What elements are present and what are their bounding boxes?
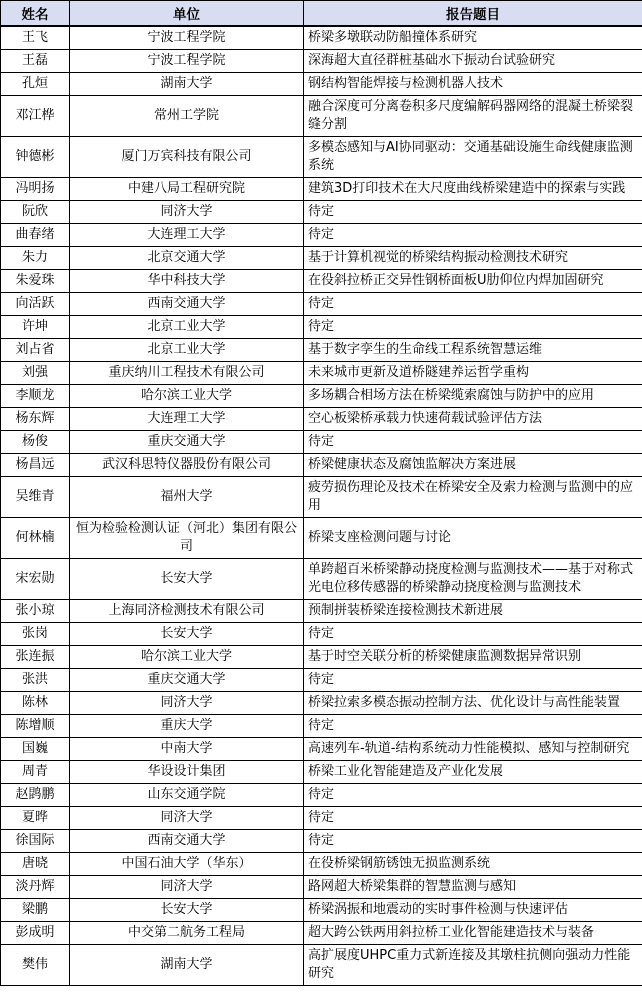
table-row: 张连振 哈尔滨工业大学 基于时空关联分析的桥梁健康监测数据异常识别 — [1, 646, 642, 669]
name-cell: 徐国际 — [1, 830, 70, 853]
title-cell: 深海超大直径群桩基础水下振动台试验研究 — [304, 50, 642, 73]
table-row: 宋宏勋 长安大学 单跨超百米桥梁静动挠度检测与监测技术——基于对称式光电位移传感… — [1, 559, 642, 600]
table-row: 张小琼 上海同济检测技术有限公司 预制拼装桥梁连接检测技术新进展 — [1, 600, 642, 623]
table-row: 刘强 重庆纳川工程技术有限公司 未来城市更新及道桥隧建养运哲学重构 — [1, 362, 642, 385]
unit-cell: 长安大学 — [70, 559, 304, 600]
title-cell: 在役斜拉桥正交异性钢桥面板U肋仰位内焊加固研究 — [304, 270, 642, 293]
header-row: 姓名 单位 报告题目 — [1, 1, 642, 27]
name-cell: 赵鹍鹏 — [1, 784, 70, 807]
title-cell: 桥梁支座检测问题与讨论 — [304, 518, 642, 559]
name-cell: 杨俊 — [1, 431, 70, 454]
title-cell: 未来城市更新及道桥隧建养运哲学重构 — [304, 362, 642, 385]
table-row: 彭成明 中交第二航务工程局 超大跨公铁两用斜拉桥工业化智能建造技术与装备 — [1, 922, 642, 945]
table-row: 杨昌远 武汉科思特仪器股份有限公司 桥梁健康状态及腐蚀监解决方案进展 — [1, 454, 642, 477]
unit-cell: 常州工学院 — [70, 96, 304, 137]
table-row: 邓江桦 常州工学院 融合深度可分离卷积多尺度编解码器网络的混凝土桥梁裂缝分割 — [1, 96, 642, 137]
table-row: 吴维青 福州大学 疲劳损伤理论及技术在桥梁安全及索力检测与监测中的应用 — [1, 477, 642, 518]
name-cell: 梁鹏 — [1, 899, 70, 922]
unit-cell: 宁波工程学院 — [70, 50, 304, 73]
name-cell: 刘强 — [1, 362, 70, 385]
title-cell: 桥梁工业化智能建造及产业化发展 — [304, 761, 642, 784]
unit-cell: 北京工业大学 — [70, 339, 304, 362]
name-cell: 张洪 — [1, 669, 70, 692]
name-cell: 朱爱珠 — [1, 270, 70, 293]
title-cell: 桥梁多墩联动防船撞体系研究 — [304, 26, 642, 50]
unit-cell: 长安大学 — [70, 623, 304, 646]
title-cell: 高扩展度UHPC重力式新连接及其墩柱抗侧向强动力性能研究 — [304, 945, 642, 986]
table-row: 陈林 同济大学 桥梁拉索多模态振动控制方法、优化设计与高性能装置 — [1, 692, 642, 715]
name-cell: 杨东辉 — [1, 408, 70, 431]
title-cell: 待定 — [304, 669, 642, 692]
name-cell: 邓江桦 — [1, 96, 70, 137]
table-row: 赵鹍鹏 山东交通学院 待定 — [1, 784, 642, 807]
name-cell: 孔烜 — [1, 73, 70, 96]
table-row: 朱爱珠 华中科技大学 在役斜拉桥正交异性钢桥面板U肋仰位内焊加固研究 — [1, 270, 642, 293]
name-cell: 许坤 — [1, 316, 70, 339]
unit-cell: 中南大学 — [70, 738, 304, 761]
table-row: 朱力 北京交通大学 基于计算机视觉的桥梁结构振动检测技术研究 — [1, 247, 642, 270]
table-row: 梁鹏 长安大学 桥梁涡振和地震动的实时事件检测与快速评估 — [1, 899, 642, 922]
name-cell: 陈林 — [1, 692, 70, 715]
name-cell: 张岗 — [1, 623, 70, 646]
name-cell: 向活跃 — [1, 293, 70, 316]
title-cell: 桥梁健康状态及腐蚀监解决方案进展 — [304, 454, 642, 477]
title-cell: 高速列车-轨道-结构系统动力性能模拟、感知与控制研究 — [304, 738, 642, 761]
title-cell: 待定 — [304, 830, 642, 853]
title-cell: 钢结构智能焊接与检测机器人技术 — [304, 73, 642, 96]
unit-cell: 中国石油大学（华东） — [70, 853, 304, 876]
unit-cell: 同济大学 — [70, 201, 304, 224]
name-cell: 淡丹辉 — [1, 876, 70, 899]
unit-cell: 上海同济检测技术有限公司 — [70, 600, 304, 623]
name-cell: 冯明扬 — [1, 178, 70, 201]
name-cell: 李顺龙 — [1, 385, 70, 408]
unit-cell: 湖南大学 — [70, 945, 304, 986]
name-cell: 何林楠 — [1, 518, 70, 559]
title-cell: 待定 — [304, 431, 642, 454]
name-cell: 周青 — [1, 761, 70, 784]
unit-cell: 同济大学 — [70, 692, 304, 715]
name-cell: 樊伟 — [1, 945, 70, 986]
name-cell: 阮欣 — [1, 201, 70, 224]
unit-cell: 西南交通大学 — [70, 293, 304, 316]
table-row: 王磊 宁波工程学院 深海超大直径群桩基础水下振动台试验研究 — [1, 50, 642, 73]
title-cell: 疲劳损伤理论及技术在桥梁安全及索力检测与监测中的应用 — [304, 477, 642, 518]
title-cell: 单跨超百米桥梁静动挠度检测与监测技术——基于对称式光电位移传感器的桥梁静动挠度检… — [304, 559, 642, 600]
title-cell: 桥梁涡振和地震动的实时事件检测与快速评估 — [304, 899, 642, 922]
title-cell: 多场耦合相场方法在桥梁缆索腐蚀与防护中的应用 — [304, 385, 642, 408]
name-cell: 张小琼 — [1, 600, 70, 623]
title-cell: 待定 — [304, 201, 642, 224]
table-row: 许坤 北京工业大学 待定 — [1, 316, 642, 339]
table-row: 周青 华设设计集团 桥梁工业化智能建造及产业化发展 — [1, 761, 642, 784]
name-cell: 陈增顺 — [1, 715, 70, 738]
name-cell: 王磊 — [1, 50, 70, 73]
table-row: 李顺龙 哈尔滨工业大学 多场耦合相场方法在桥梁缆索腐蚀与防护中的应用 — [1, 385, 642, 408]
table-row: 张岗 长安大学 待定 — [1, 623, 642, 646]
table-row: 向活跃 西南交通大学 待定 — [1, 293, 642, 316]
name-cell: 国巍 — [1, 738, 70, 761]
name-cell: 吴维青 — [1, 477, 70, 518]
table-row: 杨东辉 大连理工大学 空心板梁桥承载力快速荷载试验评估方法 — [1, 408, 642, 431]
name-cell: 朱力 — [1, 247, 70, 270]
title-cell: 基于时空关联分析的桥梁健康监测数据异常识别 — [304, 646, 642, 669]
table-row: 钟德彬 厦门万宾科技有限公司 多模态感知与AI协同驱动：交通基础设施生命线健康监… — [1, 137, 642, 178]
unit-cell: 大连理工大学 — [70, 408, 304, 431]
table-row: 唐晓 中国石油大学（华东） 在役桥梁钢筋锈蚀无损监测系统 — [1, 853, 642, 876]
unit-cell: 厦门万宾科技有限公司 — [70, 137, 304, 178]
title-cell: 待定 — [304, 293, 642, 316]
table-row: 徐国际 西南交通大学 待定 — [1, 830, 642, 853]
name-cell: 王飞 — [1, 26, 70, 50]
table-row: 陈增顺 重庆大学 待定 — [1, 715, 642, 738]
table-row: 杨俊 重庆交通大学 待定 — [1, 431, 642, 454]
unit-cell: 重庆纳川工程技术有限公司 — [70, 362, 304, 385]
unit-cell: 北京交通大学 — [70, 247, 304, 270]
name-cell: 夏晔 — [1, 807, 70, 830]
name-cell: 曲春绪 — [1, 224, 70, 247]
table-row: 何林楠 恒为检验检测认证（河北）集团有限公司 桥梁支座检测问题与讨论 — [1, 518, 642, 559]
title-cell: 路网超大桥梁集群的智慧监测与感知 — [304, 876, 642, 899]
page: 姓名 单位 报告题目 王飞 宁波工程学院 桥梁多墩联动防船撞体系研究 王磊 宁波… — [0, 0, 642, 997]
title-cell: 多模态感知与AI协同驱动：交通基础设施生命线健康监测系统 — [304, 137, 642, 178]
table-row: 曲春绪 大连理工大学 待定 — [1, 224, 642, 247]
unit-cell: 武汉科思特仪器股份有限公司 — [70, 454, 304, 477]
unit-cell: 重庆交通大学 — [70, 431, 304, 454]
table-row: 樊伟 湖南大学 高扩展度UHPC重力式新连接及其墩柱抗侧向强动力性能研究 — [1, 945, 642, 986]
speaker-roster-table: 姓名 单位 报告题目 王飞 宁波工程学院 桥梁多墩联动防船撞体系研究 王磊 宁波… — [0, 0, 642, 986]
title-cell: 待定 — [304, 784, 642, 807]
title-cell: 基于计算机视觉的桥梁结构振动检测技术研究 — [304, 247, 642, 270]
title-cell: 超大跨公铁两用斜拉桥工业化智能建造技术与装备 — [304, 922, 642, 945]
column-header-unit: 单位 — [70, 1, 304, 27]
name-cell: 彭成明 — [1, 922, 70, 945]
unit-cell: 重庆交通大学 — [70, 669, 304, 692]
unit-cell: 大连理工大学 — [70, 224, 304, 247]
column-header-name: 姓名 — [1, 1, 70, 27]
title-cell: 待定 — [304, 623, 642, 646]
table-row: 刘占省 北京工业大学 基于数字孪生的生命线工程系统智慧运维 — [1, 339, 642, 362]
table-row: 张洪 重庆交通大学 待定 — [1, 669, 642, 692]
unit-cell: 湖南大学 — [70, 73, 304, 96]
unit-cell: 哈尔滨工业大学 — [70, 646, 304, 669]
unit-cell: 北京工业大学 — [70, 316, 304, 339]
name-cell: 钟德彬 — [1, 137, 70, 178]
table-row: 夏晔 同济大学 待定 — [1, 807, 642, 830]
unit-cell: 中建八局工程研究院 — [70, 178, 304, 201]
unit-cell: 重庆大学 — [70, 715, 304, 738]
name-cell: 唐晓 — [1, 853, 70, 876]
unit-cell: 华设设计集团 — [70, 761, 304, 784]
title-cell: 空心板梁桥承载力快速荷载试验评估方法 — [304, 408, 642, 431]
unit-cell: 同济大学 — [70, 876, 304, 899]
table-row: 冯明扬 中建八局工程研究院 建筑3D打印技术在大尺度曲线桥梁建造中的探索与实践 — [1, 178, 642, 201]
unit-cell: 恒为检验检测认证（河北）集团有限公司 — [70, 518, 304, 559]
title-cell: 建筑3D打印技术在大尺度曲线桥梁建造中的探索与实践 — [304, 178, 642, 201]
table-row: 国巍 中南大学 高速列车-轨道-结构系统动力性能模拟、感知与控制研究 — [1, 738, 642, 761]
name-cell: 宋宏勋 — [1, 559, 70, 600]
unit-cell: 同济大学 — [70, 807, 304, 830]
title-cell: 待定 — [304, 224, 642, 247]
table-row: 阮欣 同济大学 待定 — [1, 201, 642, 224]
unit-cell: 中交第二航务工程局 — [70, 922, 304, 945]
title-cell: 桥梁拉索多模态振动控制方法、优化设计与高性能装置 — [304, 692, 642, 715]
unit-cell: 福州大学 — [70, 477, 304, 518]
title-cell: 融合深度可分离卷积多尺度编解码器网络的混凝土桥梁裂缝分割 — [304, 96, 642, 137]
title-cell: 待定 — [304, 807, 642, 830]
title-cell: 待定 — [304, 715, 642, 738]
unit-cell: 哈尔滨工业大学 — [70, 385, 304, 408]
name-cell: 杨昌远 — [1, 454, 70, 477]
unit-cell: 华中科技大学 — [70, 270, 304, 293]
table-row: 王飞 宁波工程学院 桥梁多墩联动防船撞体系研究 — [1, 26, 642, 50]
unit-cell: 西南交通大学 — [70, 830, 304, 853]
table-row: 孔烜 湖南大学 钢结构智能焊接与检测机器人技术 — [1, 73, 642, 96]
name-cell: 刘占省 — [1, 339, 70, 362]
table-body: 王飞 宁波工程学院 桥梁多墩联动防船撞体系研究 王磊 宁波工程学院 深海超大直径… — [1, 26, 642, 986]
column-header-title: 报告题目 — [304, 1, 642, 27]
unit-cell: 长安大学 — [70, 899, 304, 922]
title-cell: 预制拼装桥梁连接检测技术新进展 — [304, 600, 642, 623]
table-row: 淡丹辉 同济大学 路网超大桥梁集群的智慧监测与感知 — [1, 876, 642, 899]
unit-cell: 山东交通学院 — [70, 784, 304, 807]
title-cell: 基于数字孪生的生命线工程系统智慧运维 — [304, 339, 642, 362]
title-cell: 在役桥梁钢筋锈蚀无损监测系统 — [304, 853, 642, 876]
title-cell: 待定 — [304, 316, 642, 339]
name-cell: 张连振 — [1, 646, 70, 669]
unit-cell: 宁波工程学院 — [70, 26, 304, 50]
